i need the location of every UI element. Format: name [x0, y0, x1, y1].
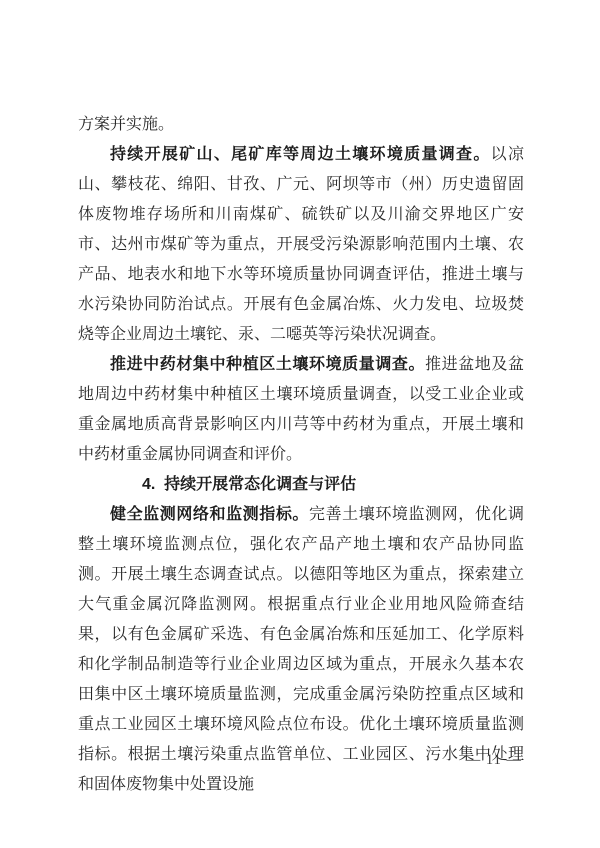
text-segment: 以凉山、攀枝花、绵阳、甘孜、广元、阿坝等市（州）历史遗留固体废物堆存场所和川南煤… [78, 146, 524, 343]
document-page: 方案并实施。 持续开展矿山、尾矿库等周边土壤环境质量调查。以凉山、攀枝花、绵阳、… [0, 0, 600, 848]
text-segment: 方案并实施。 [78, 116, 174, 133]
bold-lead-sentence: 健全监测网络和监测指标。 [110, 506, 309, 523]
document-body: 方案并实施。 持续开展矿山、尾矿库等周边土壤环境质量调查。以凉山、攀枝花、绵阳、… [78, 110, 524, 800]
bold-lead-sentence: 持续开展矿山、尾矿库等周边土壤环境质量调查。 [110, 146, 491, 163]
section-number: 4. [110, 470, 155, 500]
page-number: — 11 — [0, 752, 522, 769]
section-title: 持续开展常态化调查与评估 [164, 476, 356, 493]
section-heading-4: 4.持续开展常态化调查与评估 [78, 470, 524, 500]
bold-lead-sentence: 推进中药材集中种植区土壤环境质量调查。 [110, 356, 425, 373]
paragraph-mine-survey: 持续开展矿山、尾矿库等周边土壤环境质量调查。以凉山、攀枝花、绵阳、甘孜、广元、阿… [78, 140, 524, 350]
paragraph-continuation: 方案并实施。 [78, 110, 524, 140]
text-segment: 完善土壤环境监测网，优化调整土壤环境监测点位，强化农产品产地土壤和农产品协同监测… [78, 506, 524, 793]
paragraph-herb-planting-survey: 推进中药材集中种植区土壤环境质量调查。推进盆地及盆地周边中药材集中种植区土壤环境… [78, 350, 524, 470]
